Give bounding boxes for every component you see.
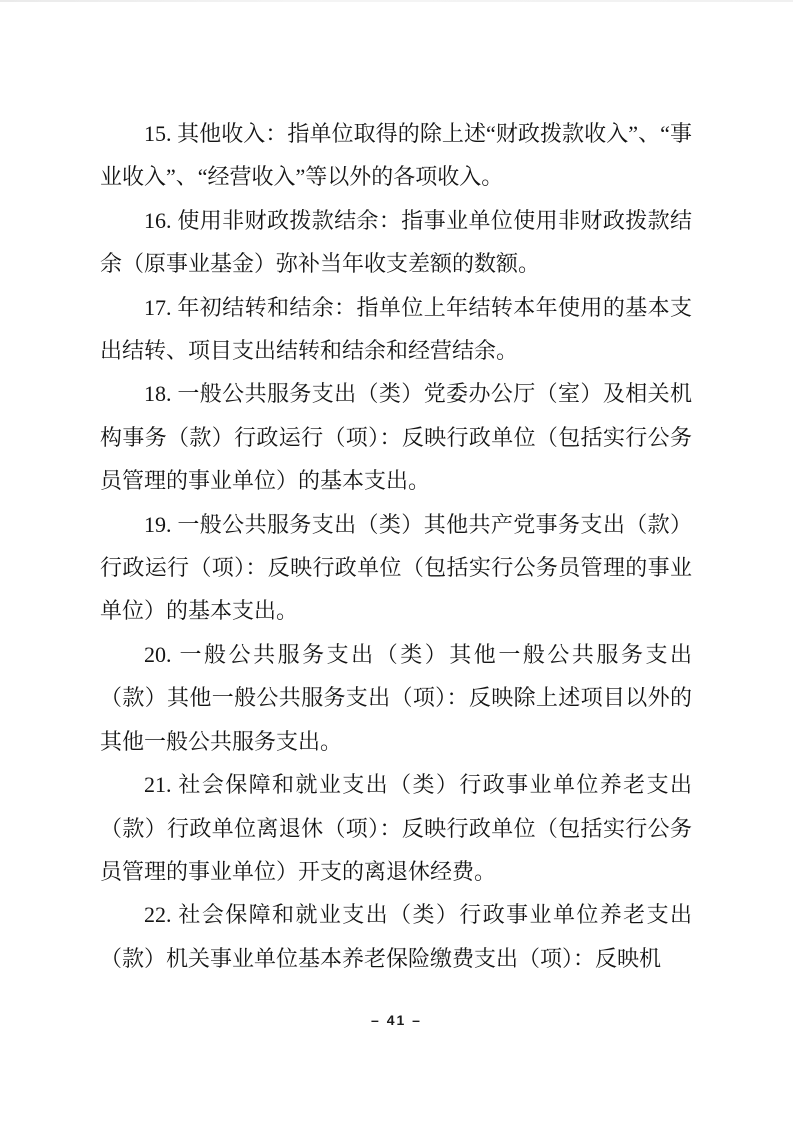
paragraph-18: 18. 一般公共服务支出（类）党委办公厅（室）及相关机构事务（款）行政运行（项）… bbox=[100, 372, 692, 502]
paragraph-17: 17. 年初结转和结余：指单位上年结转本年使用的基本支出结转、项目支出结转和结余… bbox=[100, 286, 692, 373]
document-page: 15. 其他收入：指单位取得的除上述“财政拨款收入”、“事业收入”、“经营收入”… bbox=[0, 0, 793, 1122]
paragraph-22: 22. 社会保障和就业支出（类）行政事业单位养老支出（款）机关事业单位基本养老保… bbox=[100, 893, 692, 980]
page-number: – 41 – bbox=[0, 1012, 793, 1028]
paragraph-15: 15. 其他收入：指单位取得的除上述“财政拨款收入”、“事业收入”、“经营收入”… bbox=[100, 112, 692, 199]
scan-edge-artifact bbox=[0, 0, 793, 2]
paragraph-16: 16. 使用非财政拨款结余：指事业单位使用非财政拨款结余（原事业基金）弥补当年收… bbox=[100, 199, 692, 286]
paragraph-20: 20. 一般公共服务支出（类）其他一般公共服务支出（款）其他一般公共服务支出（项… bbox=[100, 633, 692, 763]
paragraph-19: 19. 一般公共服务支出（类）其他共产党事务支出（款）行政运行（项）：反映行政单… bbox=[100, 503, 692, 633]
page-body: 15. 其他收入：指单位取得的除上述“财政拨款收入”、“事业收入”、“经营收入”… bbox=[100, 112, 692, 980]
paragraph-21: 21. 社会保障和就业支出（类）行政事业单位养老支出（款）行政单位离退休（项）：… bbox=[100, 763, 692, 893]
